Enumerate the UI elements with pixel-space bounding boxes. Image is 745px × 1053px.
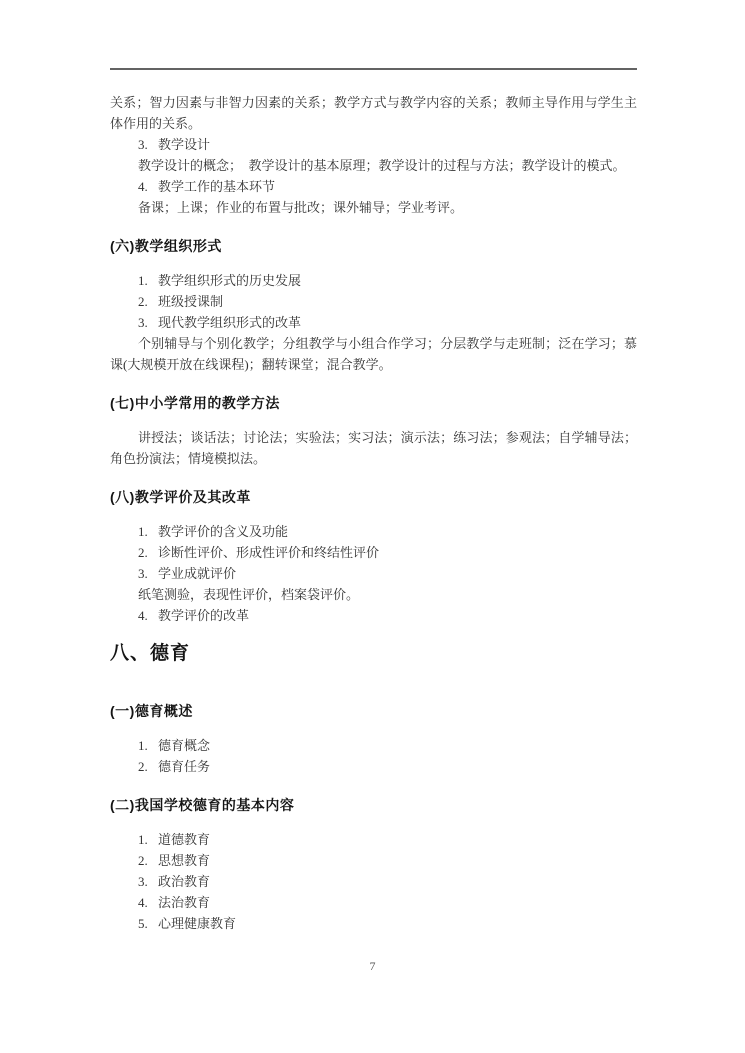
item-number: 2.: [138, 542, 158, 563]
numbered-item: 2.德育任务: [110, 756, 637, 777]
document-body: 关系；智力因素与非智力因素的关系；教学方式与教学内容的关系；教师主导作用与学生主…: [110, 92, 637, 934]
paragraph: 教学设计的概念； 教学设计的基本原理；教学设计的过程与方法；教学设计的模式。: [110, 155, 637, 176]
item-number: 1.: [138, 270, 158, 291]
item-text: 德育概念: [158, 738, 210, 753]
item-text: 思想教育: [158, 853, 210, 868]
item-text: 教学评价的改革: [158, 608, 249, 623]
numbered-item: 1.教学组织形式的历史发展: [110, 270, 637, 291]
item-number: 3.: [138, 134, 158, 155]
item-text: 教学工作的基本环节: [158, 179, 275, 194]
header-rule: [110, 68, 637, 70]
paragraph: 个别辅导与个别化教学；分组教学与小组合作学习；分层教学与走班制；泛在学习；慕课(…: [110, 333, 637, 375]
item-text: 诊断性评价、形成性评价和终结性评价: [158, 545, 379, 560]
item-number: 4.: [138, 605, 158, 626]
numbered-item: 3.教学设计: [110, 134, 637, 155]
numbered-item: 2.诊断性评价、形成性评价和终结性评价: [110, 542, 637, 563]
section-heading: (七)中小学常用的教学方法: [110, 393, 637, 414]
item-text: 教学评价的含义及功能: [158, 524, 288, 539]
item-number: 3.: [138, 312, 158, 333]
item-text: 教学设计: [158, 137, 210, 152]
item-text: 心理健康教育: [158, 916, 236, 931]
paragraph: 讲授法；谈话法；讨论法；实验法；实习法；演示法；练习法；参观法；自学辅导法；角色…: [110, 427, 637, 469]
numbered-item: 5.心理健康教育: [110, 913, 637, 934]
item-number: 2.: [138, 850, 158, 871]
numbered-item: 1.教学评价的含义及功能: [110, 521, 637, 542]
section-heading: (六)教学组织形式: [110, 236, 637, 257]
numbered-item: 4.教学工作的基本环节: [110, 176, 637, 197]
item-number: 1.: [138, 521, 158, 542]
item-number: 2.: [138, 756, 158, 777]
numbered-item: 2.班级授课制: [110, 291, 637, 312]
item-number: 1.: [138, 829, 158, 850]
item-number: 5.: [138, 913, 158, 934]
section-heading: (二)我国学校德育的基本内容: [110, 795, 637, 816]
item-text: 现代教学组织形式的改革: [158, 315, 301, 330]
numbered-item: 4.法治教育: [110, 892, 637, 913]
item-text: 道德教育: [158, 832, 210, 847]
numbered-item: 4.教学评价的改革: [110, 605, 637, 626]
paragraph: 关系；智力因素与非智力因素的关系；教学方式与教学内容的关系；教师主导作用与学生主…: [110, 92, 637, 134]
numbered-item: 3.政治教育: [110, 871, 637, 892]
paragraph: 纸笔测验，表现性评价，档案袋评价。: [110, 584, 637, 605]
numbered-item: 3.现代教学组织形式的改革: [110, 312, 637, 333]
item-number: 3.: [138, 871, 158, 892]
document-page: 关系；智力因素与非智力因素的关系；教学方式与教学内容的关系；教师主导作用与学生主…: [0, 0, 745, 1053]
item-text: 班级授课制: [158, 294, 223, 309]
chapter-heading: 八、德育: [110, 641, 637, 667]
item-text: 教学组织形式的历史发展: [158, 273, 301, 288]
item-number: 2.: [138, 291, 158, 312]
paragraph: 备课；上课；作业的布置与批改；课外辅导；学业考评。: [110, 197, 637, 218]
item-number: 4.: [138, 176, 158, 197]
item-number: 3.: [138, 563, 158, 584]
numbered-item: 1.德育概念: [110, 735, 637, 756]
section-heading: (一)德育概述: [110, 701, 637, 722]
item-text: 法治教育: [158, 895, 210, 910]
page-number: 7: [0, 956, 745, 977]
section-heading: (八)教学评价及其改革: [110, 487, 637, 508]
item-text: 学业成就评价: [158, 566, 236, 581]
item-number: 1.: [138, 735, 158, 756]
item-text: 德育任务: [158, 759, 210, 774]
item-text: 政治教育: [158, 874, 210, 889]
numbered-item: 3.学业成就评价: [110, 563, 637, 584]
numbered-item: 2.思想教育: [110, 850, 637, 871]
item-number: 4.: [138, 892, 158, 913]
numbered-item: 1.道德教育: [110, 829, 637, 850]
